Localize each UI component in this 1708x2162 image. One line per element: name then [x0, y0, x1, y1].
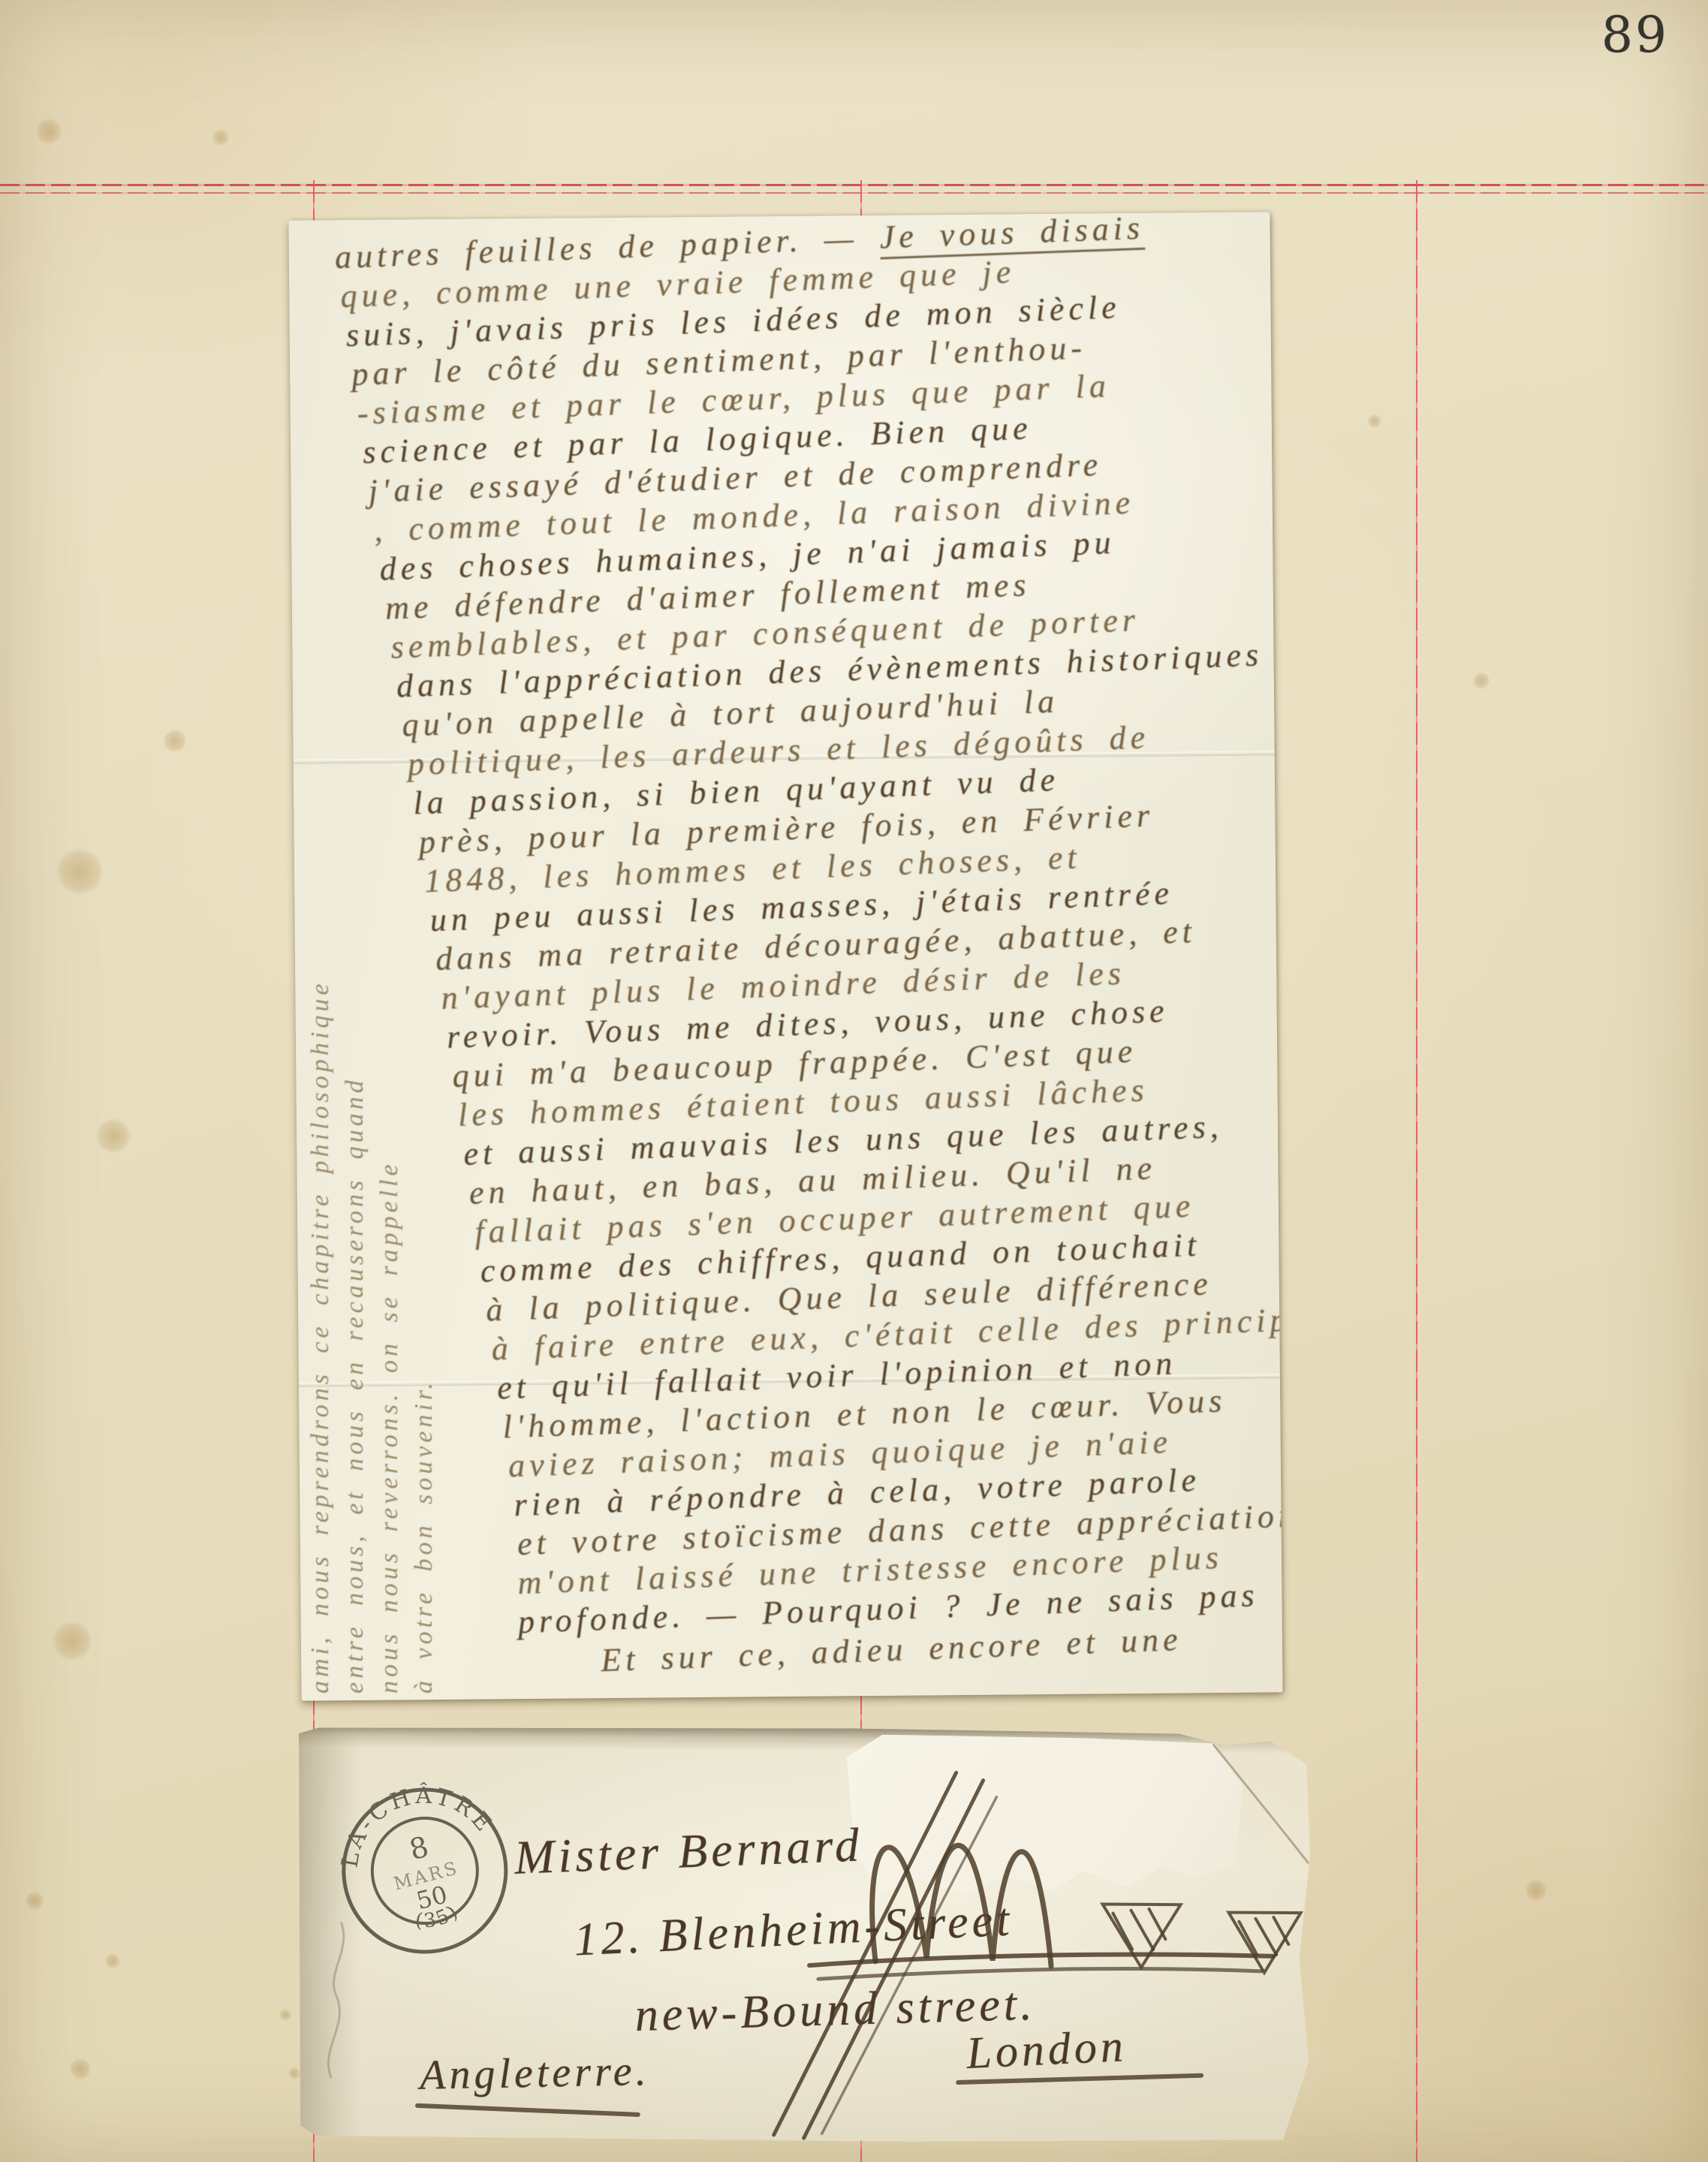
- pencil-marks: [328, 1922, 344, 2078]
- foxing-spot: [26, 1892, 44, 1910]
- foxing-spot: [288, 2067, 300, 2079]
- hatched-triangle: [1228, 1913, 1300, 1974]
- horizontal-rule-top-second: [0, 192, 1708, 194]
- margin-note-line: à votre bon souvenir.: [407, 725, 441, 1694]
- page-number: 89: [1601, 6, 1669, 64]
- margin-note-vertical: ami, nous reprendrons ce chapitre philos…: [303, 725, 441, 1694]
- foxing-spot: [36, 119, 62, 144]
- letter-text: autres feuilles de papier. — Je vous dis…: [327, 230, 1278, 1682]
- ink-flourish: [297, 1725, 1311, 2144]
- margin-note-line: ami, nous reprendrons ce chapitre philos…: [303, 725, 338, 1694]
- flap-fold-line: [1212, 1744, 1309, 1863]
- margin-note-line: entre nous, et nous en recauserons quand: [338, 725, 372, 1694]
- envelope: LA-CHÂTRE 8 MARS 50 (35) Mister Bernard …: [297, 1725, 1311, 2144]
- foxing-spot: [70, 2058, 91, 2079]
- foxing-spot: [53, 1621, 92, 1661]
- foxing-spot: [56, 848, 103, 895]
- vertical-rule-right: [1416, 180, 1417, 2162]
- street-underline: [809, 1953, 1273, 1968]
- foxing-spot: [1473, 673, 1490, 689]
- hatched-triangle: [1102, 1905, 1181, 1968]
- foxing-spot: [212, 129, 229, 146]
- album-page: { "page": { "number": "89" }, "colors": …: [0, 0, 1708, 2162]
- foxing-spot: [279, 2009, 291, 2021]
- margin-note-line: nous nous reverrons. on se rappelle: [372, 725, 407, 1694]
- foxing-spot: [105, 1953, 120, 1968]
- foxing-spot: [164, 730, 186, 752]
- diagonal-stroke: [822, 1796, 997, 2134]
- foxing-spot: [1368, 414, 1381, 428]
- foxing-spot: [1526, 1880, 1547, 1901]
- foxing-spot: [96, 1119, 131, 1153]
- horizontal-rule-top: [0, 184, 1708, 186]
